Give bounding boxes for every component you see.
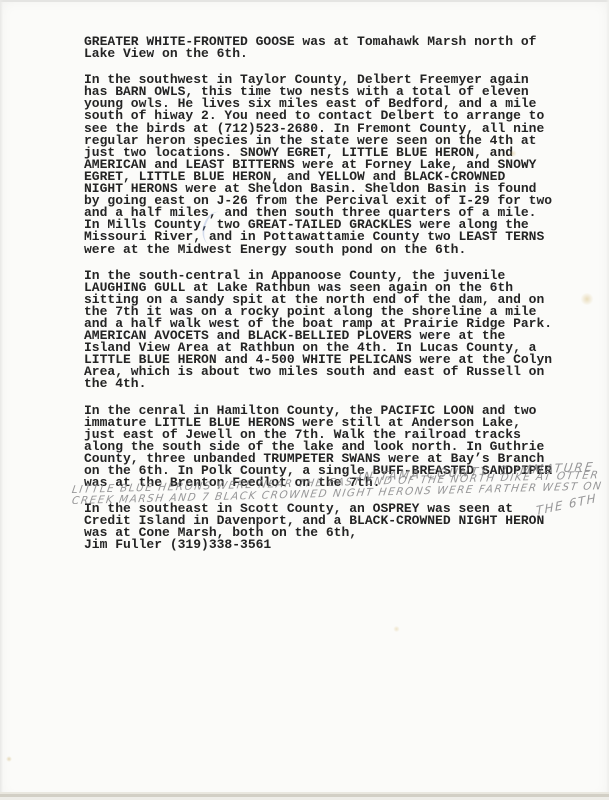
paper-stain — [580, 293, 594, 305]
paper-edge-left — [0, 0, 3, 800]
paper-edge-top — [0, 0, 609, 2]
paper-stain — [6, 756, 12, 762]
paragraph-central-report: In the cenral in Hamilton County, the PA… — [84, 405, 574, 490]
letter-body: GREATER WHITE-FRONTED GOOSE was at Tomah… — [84, 36, 574, 566]
paragraph-southwest-report: In the southwest in Taylor County, Delbe… — [84, 74, 574, 255]
paragraph-south-central-report: In the south-central in Appanoose County… — [84, 270, 574, 391]
paragraph-southeast-report-and-signature: In the southeast in Scott County, an OSP… — [84, 503, 574, 551]
paper-stain — [393, 626, 400, 632]
scanned-letter-page: GREATER WHITE-FRONTED GOOSE was at Tomah… — [0, 0, 609, 800]
paragraph-goose-sighting: GREATER WHITE-FRONTED GOOSE was at Tomah… — [84, 36, 574, 60]
